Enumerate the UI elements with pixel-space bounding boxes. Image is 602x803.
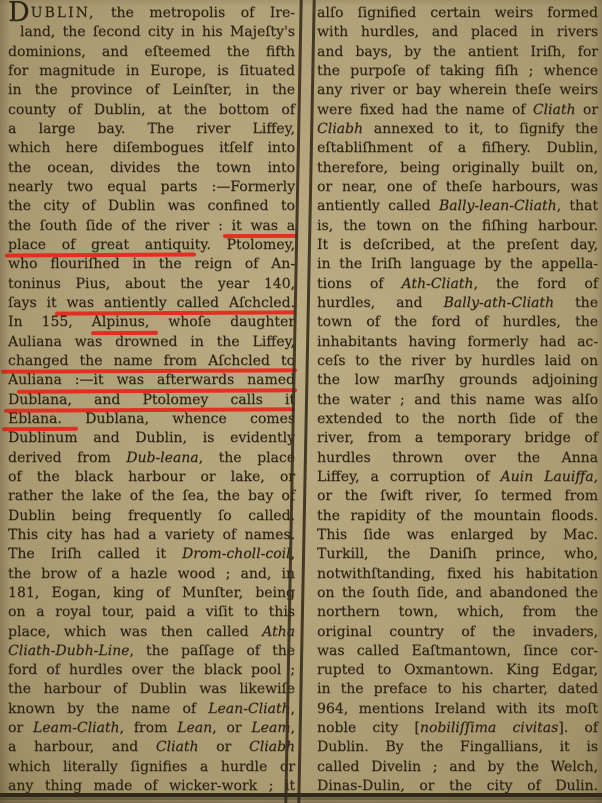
- text-line: which literally ſignifies a hurdle or: [8, 758, 295, 777]
- text-line: tions of Ath-Cliath, the ford of: [317, 275, 598, 294]
- text-line: a harbour, and Cliath or Cliabh: [8, 738, 295, 757]
- text-line: Eblana. Dublana, whence comes: [8, 410, 295, 429]
- text-line: eſtabliſhment of a fiſhery. Dublin,: [317, 139, 598, 158]
- text-line: known by the name of Lean-Cliath,: [8, 700, 295, 719]
- text-line: or the ſwift river, ſo termed from: [317, 487, 598, 506]
- text-line: nearly two equal parts :—Formerly: [8, 178, 295, 197]
- text-line: which here diſembogues itſelf into: [8, 139, 295, 158]
- text-line: the ſouth ſide of the river : it was a: [8, 217, 295, 236]
- text-line: therefore, being originally built on,: [317, 159, 598, 178]
- text-line: the brow of a hazle wood ; and, in: [8, 565, 295, 584]
- text-line: the harbour of Dublin was likewiſe: [8, 680, 295, 699]
- text-line: in the preface to his charter, dated: [317, 680, 598, 699]
- text-line: the low marſhy grounds adjoining: [317, 371, 598, 390]
- text-line: extended to the north ſide of the: [317, 410, 598, 429]
- text-line: The Iriſh called it Drom-choll-coil,: [8, 545, 295, 564]
- text-line: antiently called Bally-lean-Cliath, that: [317, 197, 598, 216]
- text-line: on the ſouth ſide, and abandoned the: [317, 584, 598, 603]
- text-line: was called Eaſtmantown, ſince cor-: [317, 642, 598, 661]
- text-line: the city of Dublin was confined to: [8, 197, 295, 216]
- text-line: Dublana, and Ptolomey calls it: [8, 391, 295, 410]
- text-line: the purpoſe of taking fiſh ; whence: [317, 62, 598, 81]
- column-right: alſo ſignified certain weirs formedwith …: [317, 4, 598, 796]
- text-line: notwithſtanding, fixed his habitation: [317, 565, 598, 584]
- scanned-page: DUBLIN, the metropolis of Ire-land, the …: [0, 0, 602, 803]
- text-line: were fixed had the name of Cliath or: [317, 101, 598, 120]
- text-line: place of great antiquity. Ptolomey,: [8, 236, 295, 255]
- text-line: inhabitants having formerly had ac-: [317, 333, 598, 352]
- column-left: DUBLIN, the metropolis of Ire-land, the …: [8, 4, 295, 796]
- text-line: northern town, which, from the: [317, 603, 598, 622]
- text-line: Cliath-Dubh-Line, the paſſage of the: [8, 642, 295, 661]
- text-line: Auliana :—it was afterwards named: [8, 371, 295, 390]
- text-line: 181, Eogan, king of Munſter, being: [8, 584, 295, 603]
- initial-capital: D: [8, 6, 31, 20]
- text-line: called Divelin ; and by the Welch,: [317, 758, 598, 777]
- text-line: Dublinum and Dublin, is evidently: [8, 429, 295, 448]
- text-line: derived from Dub-leana, the place: [8, 449, 295, 468]
- text-line: changed the name from Aſchcled to: [8, 352, 295, 371]
- bottom-rule: [0, 793, 602, 797]
- text-line: Auliana was drowned in the Liffey,: [8, 333, 295, 352]
- text-line: in the province of Leinſter, in the: [8, 81, 295, 100]
- text-line: or near, one of theſe harbours, was: [317, 178, 598, 197]
- text-line: town of the ford of hurdles, the: [317, 313, 598, 332]
- text-line: noble city [nobiliſſima civitas]. of: [317, 719, 598, 738]
- text-line: the rapidity of the mountain floods.: [317, 507, 598, 526]
- text-line: river, from a temporary bridge of: [317, 429, 598, 448]
- text-line: ford of hurdles over the black pool ;: [8, 661, 295, 680]
- text-line: Liffey, a corruption of Auin Lauiffa,: [317, 468, 598, 487]
- text-line: and bays, by the antient Iriſh, for: [317, 43, 598, 62]
- text-line: any river or bay wherein theſe weirs: [317, 81, 598, 100]
- text-line: In 155, Alpinus, whoſe daughter: [8, 313, 295, 332]
- text-line: on a royal tour, paid a viſit to this: [8, 603, 295, 622]
- text-line: This ſide was enlarged by Mac.: [317, 526, 598, 545]
- text-line: Dublin. By the Fingallians, it is: [317, 738, 598, 757]
- text-line: in the Iriſh language by the appella-: [317, 255, 598, 274]
- text-line: Dublin being frequently ſo called.: [8, 507, 295, 526]
- text-line: It is deſcribed, at the preſent day,: [317, 236, 598, 255]
- text-line: a large bay. The river Liffey,: [8, 120, 295, 139]
- text-line: toninus Pius, about the year 140,: [8, 275, 295, 294]
- text-line: 964, mentions Ireland with its moſt: [317, 700, 598, 719]
- text-line: is, the town on the fiſhing harbour.: [317, 217, 598, 236]
- text-line: the ocean, divides the town into: [8, 159, 295, 178]
- text-line: or Leam-Cliath, from Lean, or Leam,: [8, 719, 295, 738]
- text-line: land, the ſecond city in his Majeſty's: [8, 23, 295, 42]
- text-line: ſays it was antiently called Aſchcled.: [8, 294, 295, 313]
- text-line: ceſs to the river by hurdles laid on: [317, 352, 598, 371]
- text-line: who flouriſhed in the reign of An-: [8, 255, 295, 274]
- text-line: with hurdles, and placed in rivers: [317, 23, 598, 42]
- text-line: hurdles thrown over the Anna: [317, 449, 598, 468]
- text-line: dominions, and eſteemed the fifth: [8, 43, 295, 62]
- text-line: the water ; and this name was alſo: [317, 391, 598, 410]
- text-line: Cliabh annexed to it, to ſignify the: [317, 120, 598, 139]
- text-line: place, which was then called Atha: [8, 623, 295, 642]
- text-line: original country of the invaders,: [317, 623, 598, 642]
- text-line: Turkill, the Daniſh prince, who,: [317, 545, 598, 564]
- text-line: of the black harbour or lake, or: [8, 468, 295, 487]
- text-line: rupted to Oxmantown. King Edgar,: [317, 661, 598, 680]
- text-line: alſo ſignified certain weirs formed: [317, 4, 598, 23]
- text-line: county of Dublin, at the bottom of: [8, 101, 295, 120]
- text-line: for magnitude in Europe, is ſituated: [8, 62, 295, 81]
- text-line: hurdles, and Bally-ath-Cliath the: [317, 294, 598, 313]
- text-line: rather the lake of the ſea, the bay of: [8, 487, 295, 506]
- text-line: DUBLIN, the metropolis of Ire-: [8, 4, 295, 23]
- text-line: This city has had a variety of names.: [8, 526, 295, 545]
